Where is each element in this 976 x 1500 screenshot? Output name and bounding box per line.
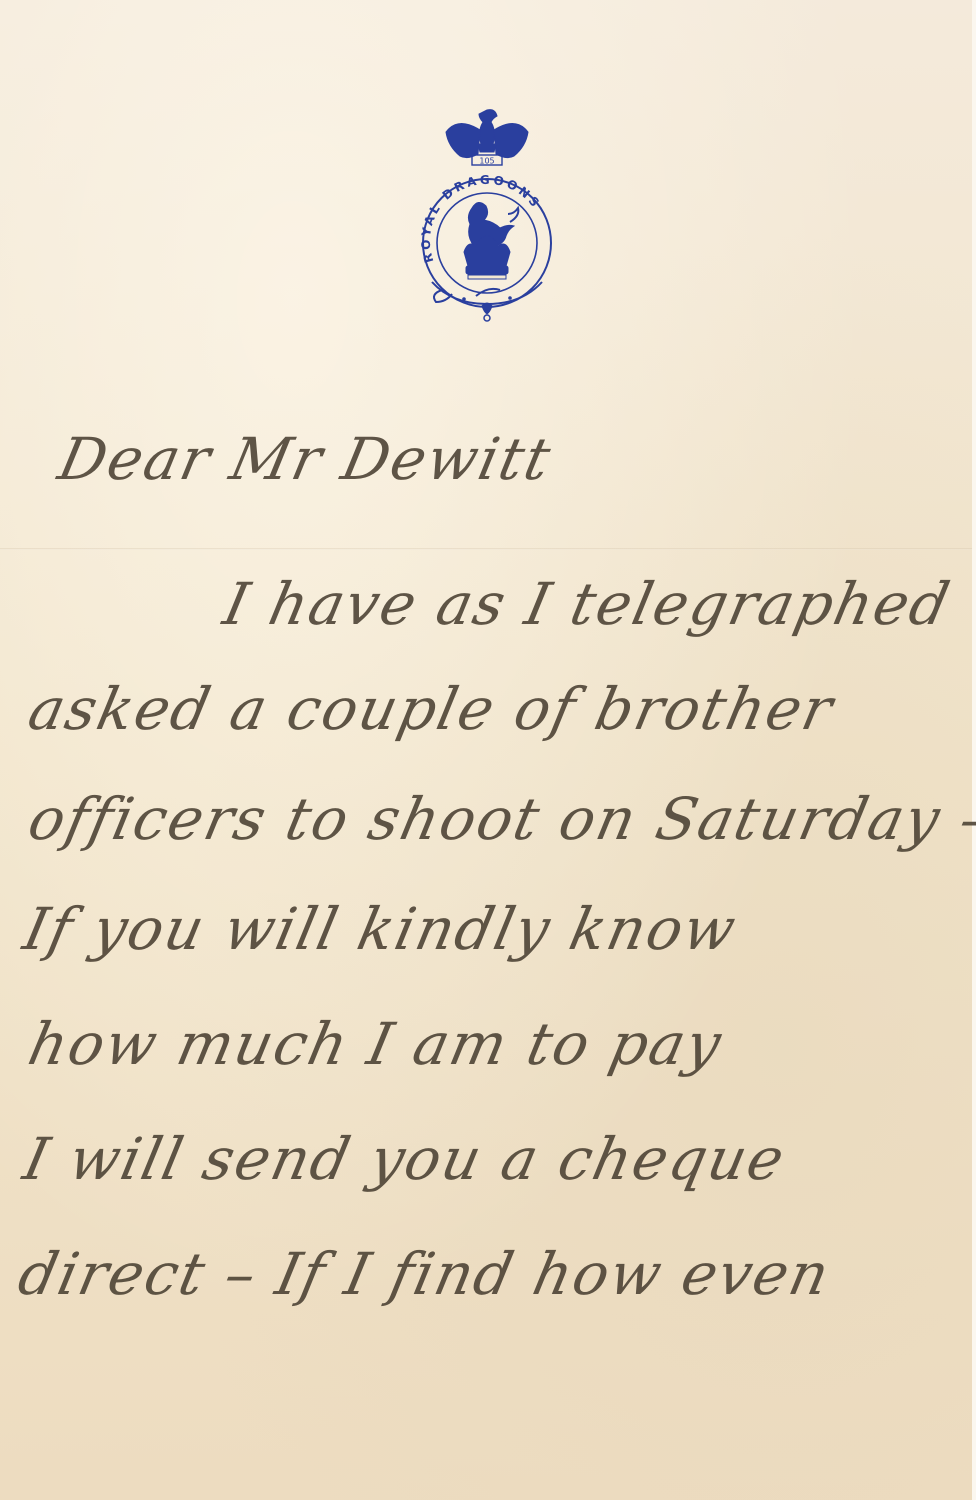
crown-icon: [464, 236, 510, 279]
regimental-crest: 105 ROYAL DRAGOONS: [402, 100, 572, 340]
letter-line: officers to shoot on Saturday –: [23, 785, 976, 853]
letter-line: If you will kindly know: [18, 895, 743, 963]
letter-line: direct – If I find how even: [13, 1240, 837, 1308]
crest-tablet-text: 105: [479, 157, 494, 166]
letter-line: asked a couple of brother: [23, 675, 840, 743]
letter-line: I will send you a cheque: [18, 1125, 792, 1193]
letter-salutation: Dear Mr Dewitt: [53, 425, 558, 493]
paper-fold-crease: [0, 548, 976, 550]
eagle-icon: [446, 110, 528, 158]
letter-line: how much I am to pay: [23, 1010, 729, 1078]
paper-edge: [972, 0, 976, 1500]
letter-line: I have as I telegraphed: [218, 570, 957, 638]
